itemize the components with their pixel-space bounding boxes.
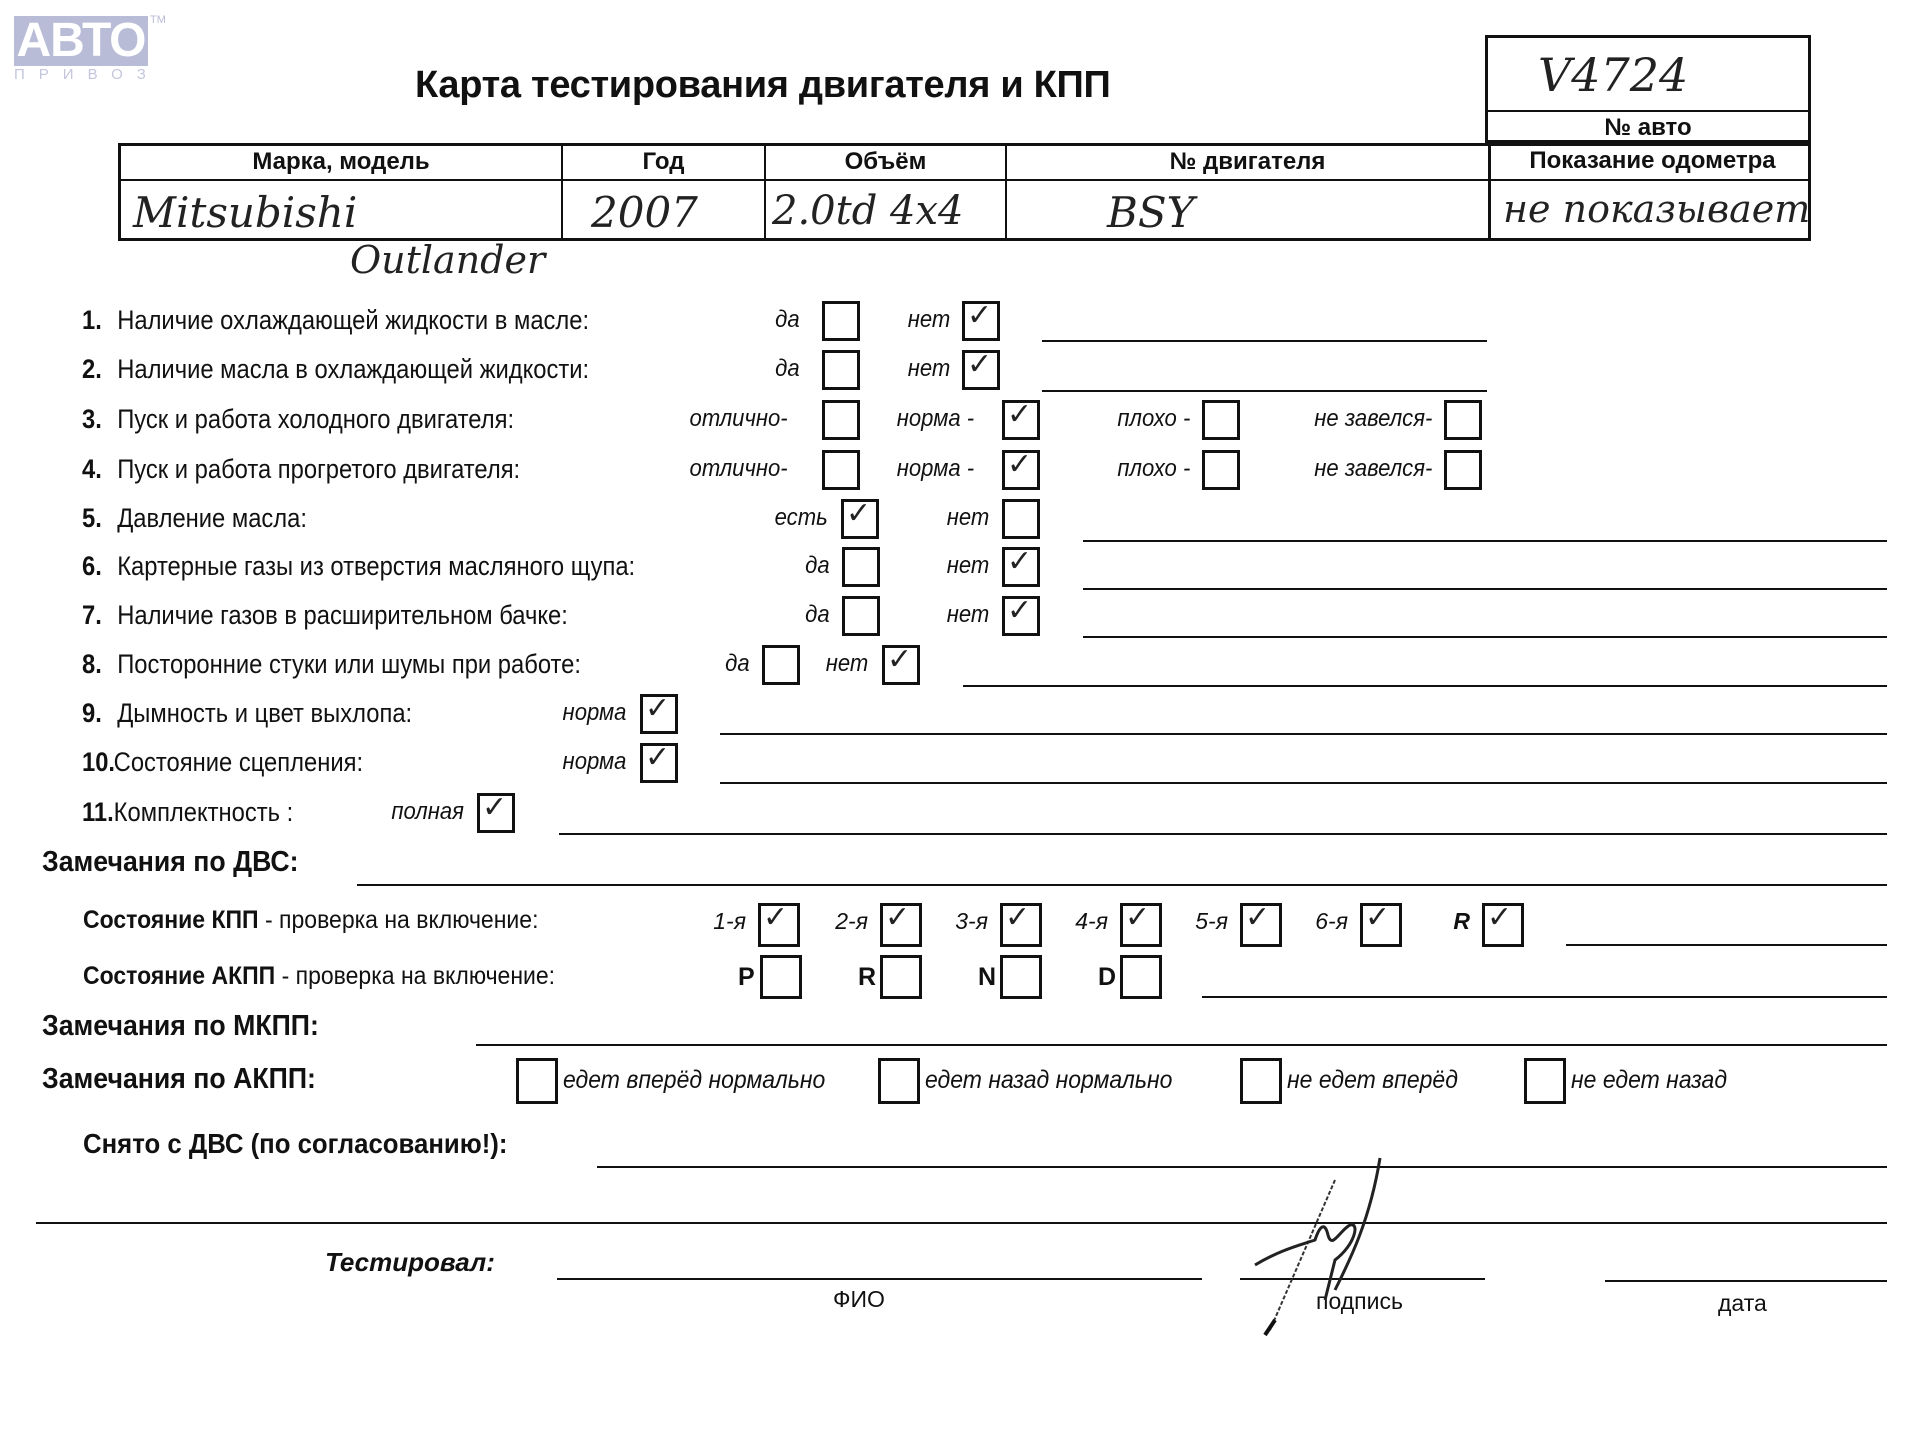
- option-label: нет: [825, 650, 868, 678]
- q5-remarks-field[interactable]: [1083, 540, 1887, 542]
- q1-remarks-field[interactable]: [1042, 340, 1487, 342]
- question-number: 3.: [82, 404, 117, 435]
- question-text: Посторонние стуки или шумы при работе:: [117, 649, 581, 679]
- akpp-remark-label: едет вперёд нормально: [563, 1066, 825, 1095]
- question-text: Дымность и цвет выхлопа:: [117, 698, 412, 728]
- question-number: 2.: [82, 354, 117, 385]
- akpp-mode-R-checkbox[interactable]: [880, 955, 922, 999]
- q7-option-2-checkbox[interactable]: ✓: [1002, 596, 1040, 636]
- q8-option-1-checkbox[interactable]: [762, 645, 800, 685]
- kpp-label: Состояние КПП - проверка на включение:: [83, 906, 538, 935]
- question-1: 1.Наличие охлаждающей жидкости в масле:: [82, 305, 589, 336]
- check-mark-icon: ✓: [1365, 900, 1390, 935]
- make-model-value[interactable]: Mitsubishi: [133, 188, 357, 237]
- year-value[interactable]: 2007: [591, 188, 698, 237]
- gear-7-checkbox[interactable]: ✓: [1482, 903, 1524, 947]
- q9-option-1-checkbox[interactable]: ✓: [640, 694, 678, 734]
- q4-option-3-checkbox[interactable]: [1202, 450, 1240, 490]
- gear-label: 2-я: [826, 908, 868, 935]
- q6-option-1-checkbox[interactable]: [842, 547, 880, 587]
- q10-option-1-checkbox[interactable]: ✓: [640, 743, 678, 783]
- option-label: не завелся-: [1314, 455, 1432, 483]
- option-label: да: [776, 306, 800, 334]
- check-mark-icon: ✓: [885, 900, 910, 935]
- car-number-label: № авто: [1488, 114, 1808, 142]
- gear-label: 4-я: [1066, 908, 1108, 935]
- q4-option-1-checkbox[interactable]: [822, 450, 860, 490]
- gear-6-checkbox[interactable]: ✓: [1360, 903, 1402, 947]
- brand-logo: АВТО: [14, 16, 148, 66]
- engine-remarks-label: Замечания по ДВС:: [42, 846, 299, 879]
- option-label: полная: [391, 798, 464, 826]
- question-8: 8.Посторонние стуки или шумы при работе:: [82, 649, 581, 680]
- question-text: Наличие масла в охлаждающей жидкости:: [117, 354, 589, 384]
- option-label: да: [726, 650, 750, 678]
- option-label: есть: [775, 504, 828, 532]
- volume-value[interactable]: 2.0td 4x4: [772, 188, 963, 234]
- question-6: 6.Картерные газы из отверстия масляного …: [82, 551, 635, 582]
- removed-label: Снято с ДВС (по согласованию!):: [83, 1128, 507, 1160]
- option-label: нет: [946, 552, 989, 580]
- date-caption: дата: [1718, 1290, 1767, 1317]
- q2-remarks-field[interactable]: [1042, 390, 1487, 392]
- check-mark-icon: ✓: [645, 691, 670, 726]
- option-label: отлично-: [690, 405, 788, 433]
- question-text: Состояние сцепления:: [114, 747, 363, 777]
- akpp-remark-label: не едет назад: [1571, 1066, 1727, 1095]
- akpp-remark-label: не едет вперёд: [1287, 1066, 1458, 1095]
- fio-caption: ФИО: [833, 1286, 885, 1313]
- q6-option-2-checkbox[interactable]: ✓: [1002, 547, 1040, 587]
- q6-remarks-field[interactable]: [1083, 588, 1887, 590]
- check-mark-icon: ✓: [1005, 900, 1030, 935]
- q7-option-1-checkbox[interactable]: [842, 596, 880, 636]
- akpp-check-remarks-field[interactable]: [1202, 996, 1887, 998]
- check-mark-icon: ✓: [763, 900, 788, 935]
- col-make-model: Марка, модель Mitsubishi: [121, 146, 561, 238]
- gear-4-checkbox[interactable]: ✓: [1120, 903, 1162, 947]
- akpp-label-bold: Состояние АКПП: [83, 962, 275, 990]
- question-5: 5.Давление масла:: [82, 503, 307, 534]
- q1-option-1-checkbox[interactable]: [822, 301, 860, 341]
- question-11: 11.Комплектность :: [82, 797, 293, 828]
- check-mark-icon: ✓: [1245, 900, 1270, 935]
- check-mark-icon: ✓: [887, 642, 912, 677]
- check-mark-icon: ✓: [482, 790, 507, 825]
- kpp-label-bold: Состояние КПП: [83, 906, 259, 934]
- question-text: Пуск и работа прогретого двигателя:: [117, 454, 520, 484]
- check-mark-icon: ✓: [1007, 544, 1032, 579]
- mkpp-remarks-field[interactable]: [476, 1044, 1887, 1046]
- q2-option-2-checkbox[interactable]: ✓: [962, 350, 1000, 390]
- q5-option-1-checkbox[interactable]: ✓: [841, 499, 879, 539]
- q10-remarks-field[interactable]: [720, 782, 1887, 784]
- akpp-remark-label: едет назад нормально: [925, 1066, 1172, 1095]
- gear-label: 1-я: [704, 908, 746, 935]
- tested-label: Тестировал:: [325, 1247, 495, 1278]
- q4-option-4-checkbox[interactable]: [1444, 450, 1482, 490]
- gear-label: 6-я: [1306, 908, 1348, 935]
- akpp-label-rest: - проверка на включение:: [275, 962, 555, 990]
- question-number: 1.: [82, 305, 117, 336]
- vehicle-header-table: Марка, модель Mitsubishi Год 2007 Объём …: [118, 143, 1811, 241]
- q11-remarks-field[interactable]: [559, 833, 1887, 835]
- akpp-mode-label: D: [1098, 963, 1116, 992]
- q9-remarks-field[interactable]: [720, 733, 1887, 735]
- gear-label: 3-я: [946, 908, 988, 935]
- car-number-value[interactable]: V4724: [1538, 48, 1688, 102]
- option-label: нет: [946, 601, 989, 629]
- gear-5-checkbox[interactable]: ✓: [1240, 903, 1282, 947]
- question-10: 10.Состояние сцепления:: [82, 747, 363, 778]
- akpp-mode-D-checkbox[interactable]: [1120, 955, 1162, 999]
- col-header-engine-no: № двигателя: [1007, 148, 1488, 176]
- check-mark-icon: ✓: [1007, 447, 1032, 482]
- col-header-make-model: Марка, модель: [121, 148, 561, 176]
- q8-option-2-checkbox[interactable]: ✓: [882, 645, 920, 685]
- akpp-label: Состояние АКПП - проверка на включение:: [83, 962, 555, 991]
- mkpp-remarks-label: Замечания по МКПП:: [42, 1010, 319, 1043]
- engine-no-value[interactable]: BSY: [1107, 188, 1194, 237]
- q8-remarks-field[interactable]: [963, 685, 1887, 687]
- model-extra-value[interactable]: Outlander: [350, 238, 545, 282]
- akpp-mode-label: P: [738, 963, 755, 992]
- question-text: Наличие газов в расширительном бачке:: [117, 600, 568, 630]
- option-label: норма: [562, 699, 626, 727]
- question-text: Картерные газы из отверстия масляного щу…: [117, 551, 635, 581]
- kpp-remarks-field[interactable]: [1566, 944, 1887, 946]
- option-label: отлично-: [690, 455, 788, 483]
- check-mark-icon: ✓: [1487, 900, 1512, 935]
- odometer-value[interactable]: не показывает: [1503, 187, 1810, 231]
- akpp-remark-2-checkbox[interactable]: [878, 1058, 920, 1104]
- removed-field-line2[interactable]: [36, 1222, 1887, 1224]
- col-volume: Объём 2.0td 4x4: [764, 146, 1005, 238]
- question-3: 3.Пуск и работа холодного двигателя:: [82, 404, 514, 435]
- gear-label: 5-я: [1186, 908, 1228, 935]
- signature-scribble: [1240, 1150, 1390, 1340]
- option-label: да: [776, 355, 800, 383]
- akpp-remark-1-checkbox[interactable]: [516, 1058, 558, 1104]
- tester-name-field[interactable]: [557, 1278, 1202, 1280]
- question-number: 9.: [82, 698, 117, 729]
- option-label: да: [806, 601, 830, 629]
- question-number: 7.: [82, 600, 117, 631]
- col-year: Год 2007: [561, 146, 764, 238]
- question-4: 4.Пуск и работа прогретого двигателя:: [82, 454, 520, 485]
- q4-option-2-checkbox[interactable]: ✓: [1002, 450, 1040, 490]
- kpp-label-rest: - проверка на включение:: [259, 906, 539, 934]
- q2-option-1-checkbox[interactable]: [822, 350, 860, 390]
- q11-option-1-checkbox[interactable]: ✓: [477, 793, 515, 833]
- question-text: Наличие охлаждающей жидкости в масле:: [117, 305, 589, 335]
- option-label: норма -: [897, 405, 974, 433]
- option-label: не завелся-: [1314, 405, 1432, 433]
- akpp-mode-label: N: [978, 963, 996, 992]
- q3-option-3-checkbox[interactable]: [1202, 400, 1240, 440]
- option-label: норма: [562, 748, 626, 776]
- col-header-year: Год: [563, 148, 764, 176]
- question-9: 9.Дымность и цвет выхлопа:: [82, 698, 412, 729]
- gear-1-checkbox[interactable]: ✓: [758, 903, 800, 947]
- question-text: Давление масла:: [117, 503, 307, 533]
- akpp-remark-3-checkbox[interactable]: [1240, 1058, 1282, 1104]
- gear-2-checkbox[interactable]: ✓: [880, 903, 922, 947]
- car-number-box: V4724 № авто: [1485, 35, 1811, 143]
- akpp-remark-4-checkbox[interactable]: [1524, 1058, 1566, 1104]
- check-mark-icon: ✓: [1007, 397, 1032, 432]
- question-number: 11.: [82, 797, 114, 828]
- check-mark-icon: ✓: [645, 740, 670, 775]
- engine-remarks-field[interactable]: [357, 884, 1887, 886]
- check-mark-icon: ✓: [967, 298, 992, 333]
- question-2: 2.Наличие масла в охлаждающей жидкости:: [82, 354, 589, 385]
- page-title: Карта тестирования двигателя и КПП: [415, 64, 1111, 107]
- col-header-odometer: Показание одометра: [1491, 147, 1814, 175]
- question-text: Комплектность :: [114, 797, 294, 827]
- question-number: 10.: [82, 747, 114, 778]
- col-engine-no: № двигателя BSY: [1005, 146, 1488, 238]
- option-label: нет: [907, 355, 950, 383]
- logo-trademark: TM: [150, 14, 166, 26]
- question-number: 5.: [82, 503, 117, 534]
- option-label: да: [806, 552, 830, 580]
- akpp-mode-P-checkbox[interactable]: [760, 955, 802, 999]
- question-number: 8.: [82, 649, 117, 680]
- gear-label: R: [1428, 908, 1470, 935]
- question-7: 7.Наличие газов в расширительном бачке:: [82, 600, 568, 631]
- akpp-mode-N-checkbox[interactable]: [1000, 955, 1042, 999]
- option-label: норма -: [897, 455, 974, 483]
- q3-option-2-checkbox[interactable]: ✓: [1002, 400, 1040, 440]
- check-mark-icon: ✓: [1007, 593, 1032, 628]
- akpp-remarks-label: Замечания по АКПП:: [42, 1063, 316, 1096]
- col-odometer: Показание одометра не показывает: [1488, 141, 1814, 238]
- option-label: нет: [946, 504, 989, 532]
- q5-option-2-checkbox[interactable]: [1002, 499, 1040, 539]
- check-mark-icon: ✓: [967, 347, 992, 382]
- check-mark-icon: ✓: [1125, 900, 1150, 935]
- q1-option-2-checkbox[interactable]: ✓: [962, 301, 1000, 341]
- option-label: плохо -: [1117, 455, 1190, 483]
- question-text: Пуск и работа холодного двигателя:: [117, 404, 514, 434]
- check-mark-icon: ✓: [846, 496, 871, 531]
- question-number: 6.: [82, 551, 117, 582]
- akpp-mode-label: R: [858, 963, 876, 992]
- date-field[interactable]: [1605, 1280, 1887, 1282]
- col-header-volume: Объём: [766, 148, 1005, 176]
- option-label: нет: [907, 306, 950, 334]
- q7-remarks-field[interactable]: [1083, 636, 1887, 638]
- gear-3-checkbox[interactable]: ✓: [1000, 903, 1042, 947]
- option-label: плохо -: [1117, 405, 1190, 433]
- q3-option-4-checkbox[interactable]: [1444, 400, 1482, 440]
- logo-subtitle: ПРИВОЗ: [14, 66, 154, 83]
- q3-option-1-checkbox[interactable]: [822, 400, 860, 440]
- question-number: 4.: [82, 454, 117, 485]
